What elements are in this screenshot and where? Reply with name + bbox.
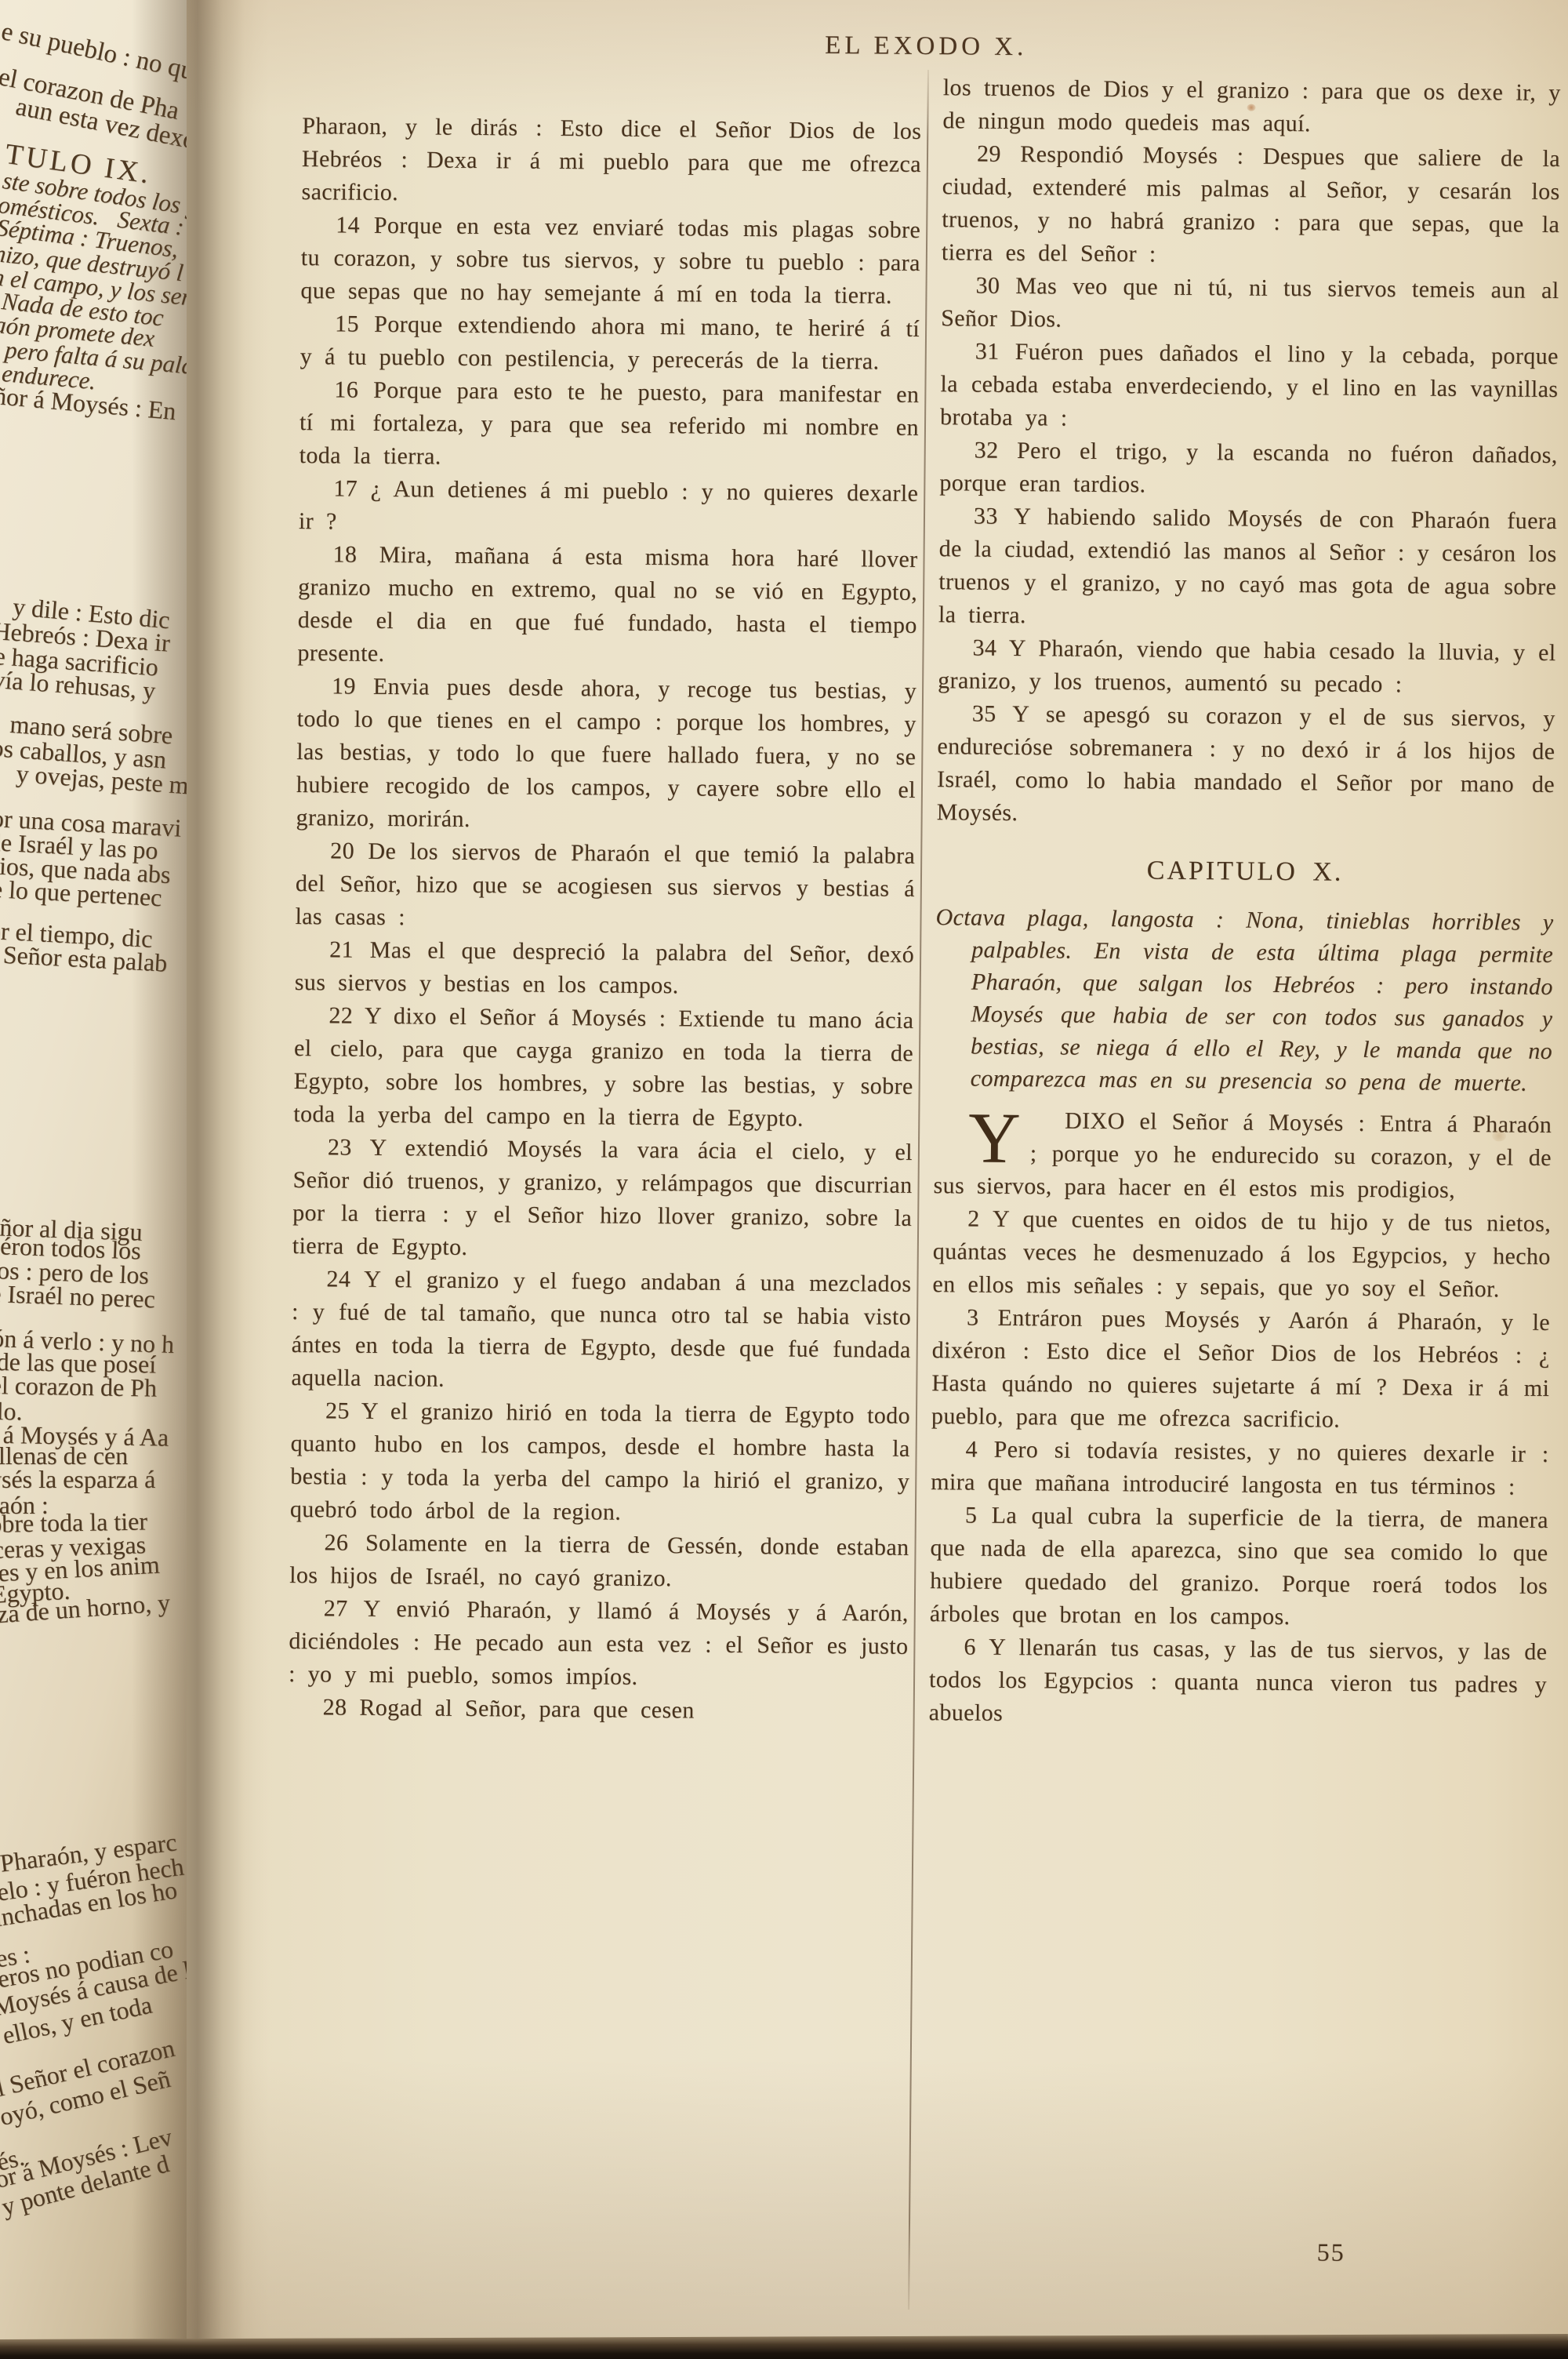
verse-paragraph: 21 Mas el que despreció la palabra del S… <box>295 933 915 1005</box>
verse-paragraph: 6 Y llenarán tus casas, y las de tus sie… <box>929 1630 1548 1735</box>
gutter-shadow <box>132 0 269 2340</box>
running-head: EL EXODO X. <box>825 31 1027 62</box>
verse-paragraph: 25 Y el granizo hirió en toda la tierra … <box>290 1394 910 1532</box>
verse-paragraph: 32 Pero el trigo, y la escanda no fuéron… <box>939 434 1558 505</box>
text-column-left: Pharaon, y le dirás : Esto dice el Señor… <box>289 110 922 1729</box>
chapter-heading: CAPITULO X. <box>936 852 1554 891</box>
verse-paragraph: 23 Y extendió Moysés la vara ácia el cie… <box>292 1131 913 1268</box>
verse-paragraph: 4 Pero si todavía resistes, y no quieres… <box>931 1433 1549 1504</box>
page-number: 55 <box>1317 2237 1345 2266</box>
verse-paragraph: 27 Y envió Pharaón, y llamó á Moysés y á… <box>289 1592 909 1696</box>
verse-paragraph: 14 Porque en esta vez enviaré todas mis … <box>300 209 920 313</box>
verse-paragraph: 2 Y que cuentes en oidos de tu hijo y de… <box>932 1202 1551 1307</box>
verse-paragraph: 34 Y Pharaón, viendo que habia cesado la… <box>938 631 1556 703</box>
verse-paragraph: 24 Y el granizo y el fuego andaban á una… <box>291 1263 911 1400</box>
verse-paragraph: los truenos de Dios y el granizo : para … <box>942 71 1561 143</box>
verse-paragraph: 29 Respondió Moysés : Despues que salier… <box>942 137 1560 274</box>
verse-paragraph: Pharaon, y le dirás : Esto dice el Señor… <box>301 110 921 214</box>
verse-paragraph: 22 Y dixo el Señor á Moysés : Extiende t… <box>293 999 913 1136</box>
verse-paragraph: 30 Mas veo que ni tú, ni tus siervos tem… <box>941 269 1559 340</box>
verse-paragraph: 35 Y se apesgó su corazon y el de sus si… <box>937 697 1555 834</box>
text-column-right: los truenos de Dios y el granizo : para … <box>929 71 1561 1735</box>
verse-paragraph: 28 Rogad al Señor, para que cesen <box>289 1691 908 1729</box>
book-page: EL EXODO X. Pharaon, y le dirás : Esto d… <box>187 0 1568 2340</box>
verse-paragraph: 5 La qual cubra la superficie de la tier… <box>930 1499 1548 1636</box>
verse-paragraph: 16 Porque para esto te he puesto, para m… <box>299 373 919 478</box>
verse-paragraph: 20 De los siervos de Pharaón el que temi… <box>295 834 915 939</box>
verse-paragraph: 15 Porque extendiendo ahora mi mano, te … <box>300 307 920 379</box>
verse-paragraph: 31 Fuéron pues dañados el lino y la ceba… <box>940 335 1559 439</box>
book-scan-photo: e su pueblo : no queel corazon de Phaaun… <box>0 0 1568 2340</box>
verse-paragraph: 33 Y habiendo salido Moysés de con Phara… <box>938 500 1557 637</box>
verse-paragraph: 26 Solamente en la tierra de Gessén, don… <box>289 1526 909 1598</box>
page-content: EL EXODO X. Pharaon, y le dirás : Esto d… <box>168 0 1568 2348</box>
verse-paragraph: 19 Envia pues desde ahora, y recoge tus … <box>296 670 916 840</box>
dropcap-letter: Y <box>934 1103 1031 1167</box>
dropcap-verse: YDIXO el Señor á Moysés : Entra á Pharaó… <box>933 1103 1552 1208</box>
verse-paragraph: 17 ¿ Aun detienes á mi pueblo : y no qui… <box>299 472 919 543</box>
verse-paragraph: 18 Mira, mañana á esta misma hora haré l… <box>297 538 917 675</box>
verse-paragraph: 3 Entráron pues Moysés y Aarón á Pharaón… <box>931 1301 1550 1438</box>
chapter-argument: Octava plaga, langosta : Nona, tinieblas… <box>935 901 1554 1100</box>
